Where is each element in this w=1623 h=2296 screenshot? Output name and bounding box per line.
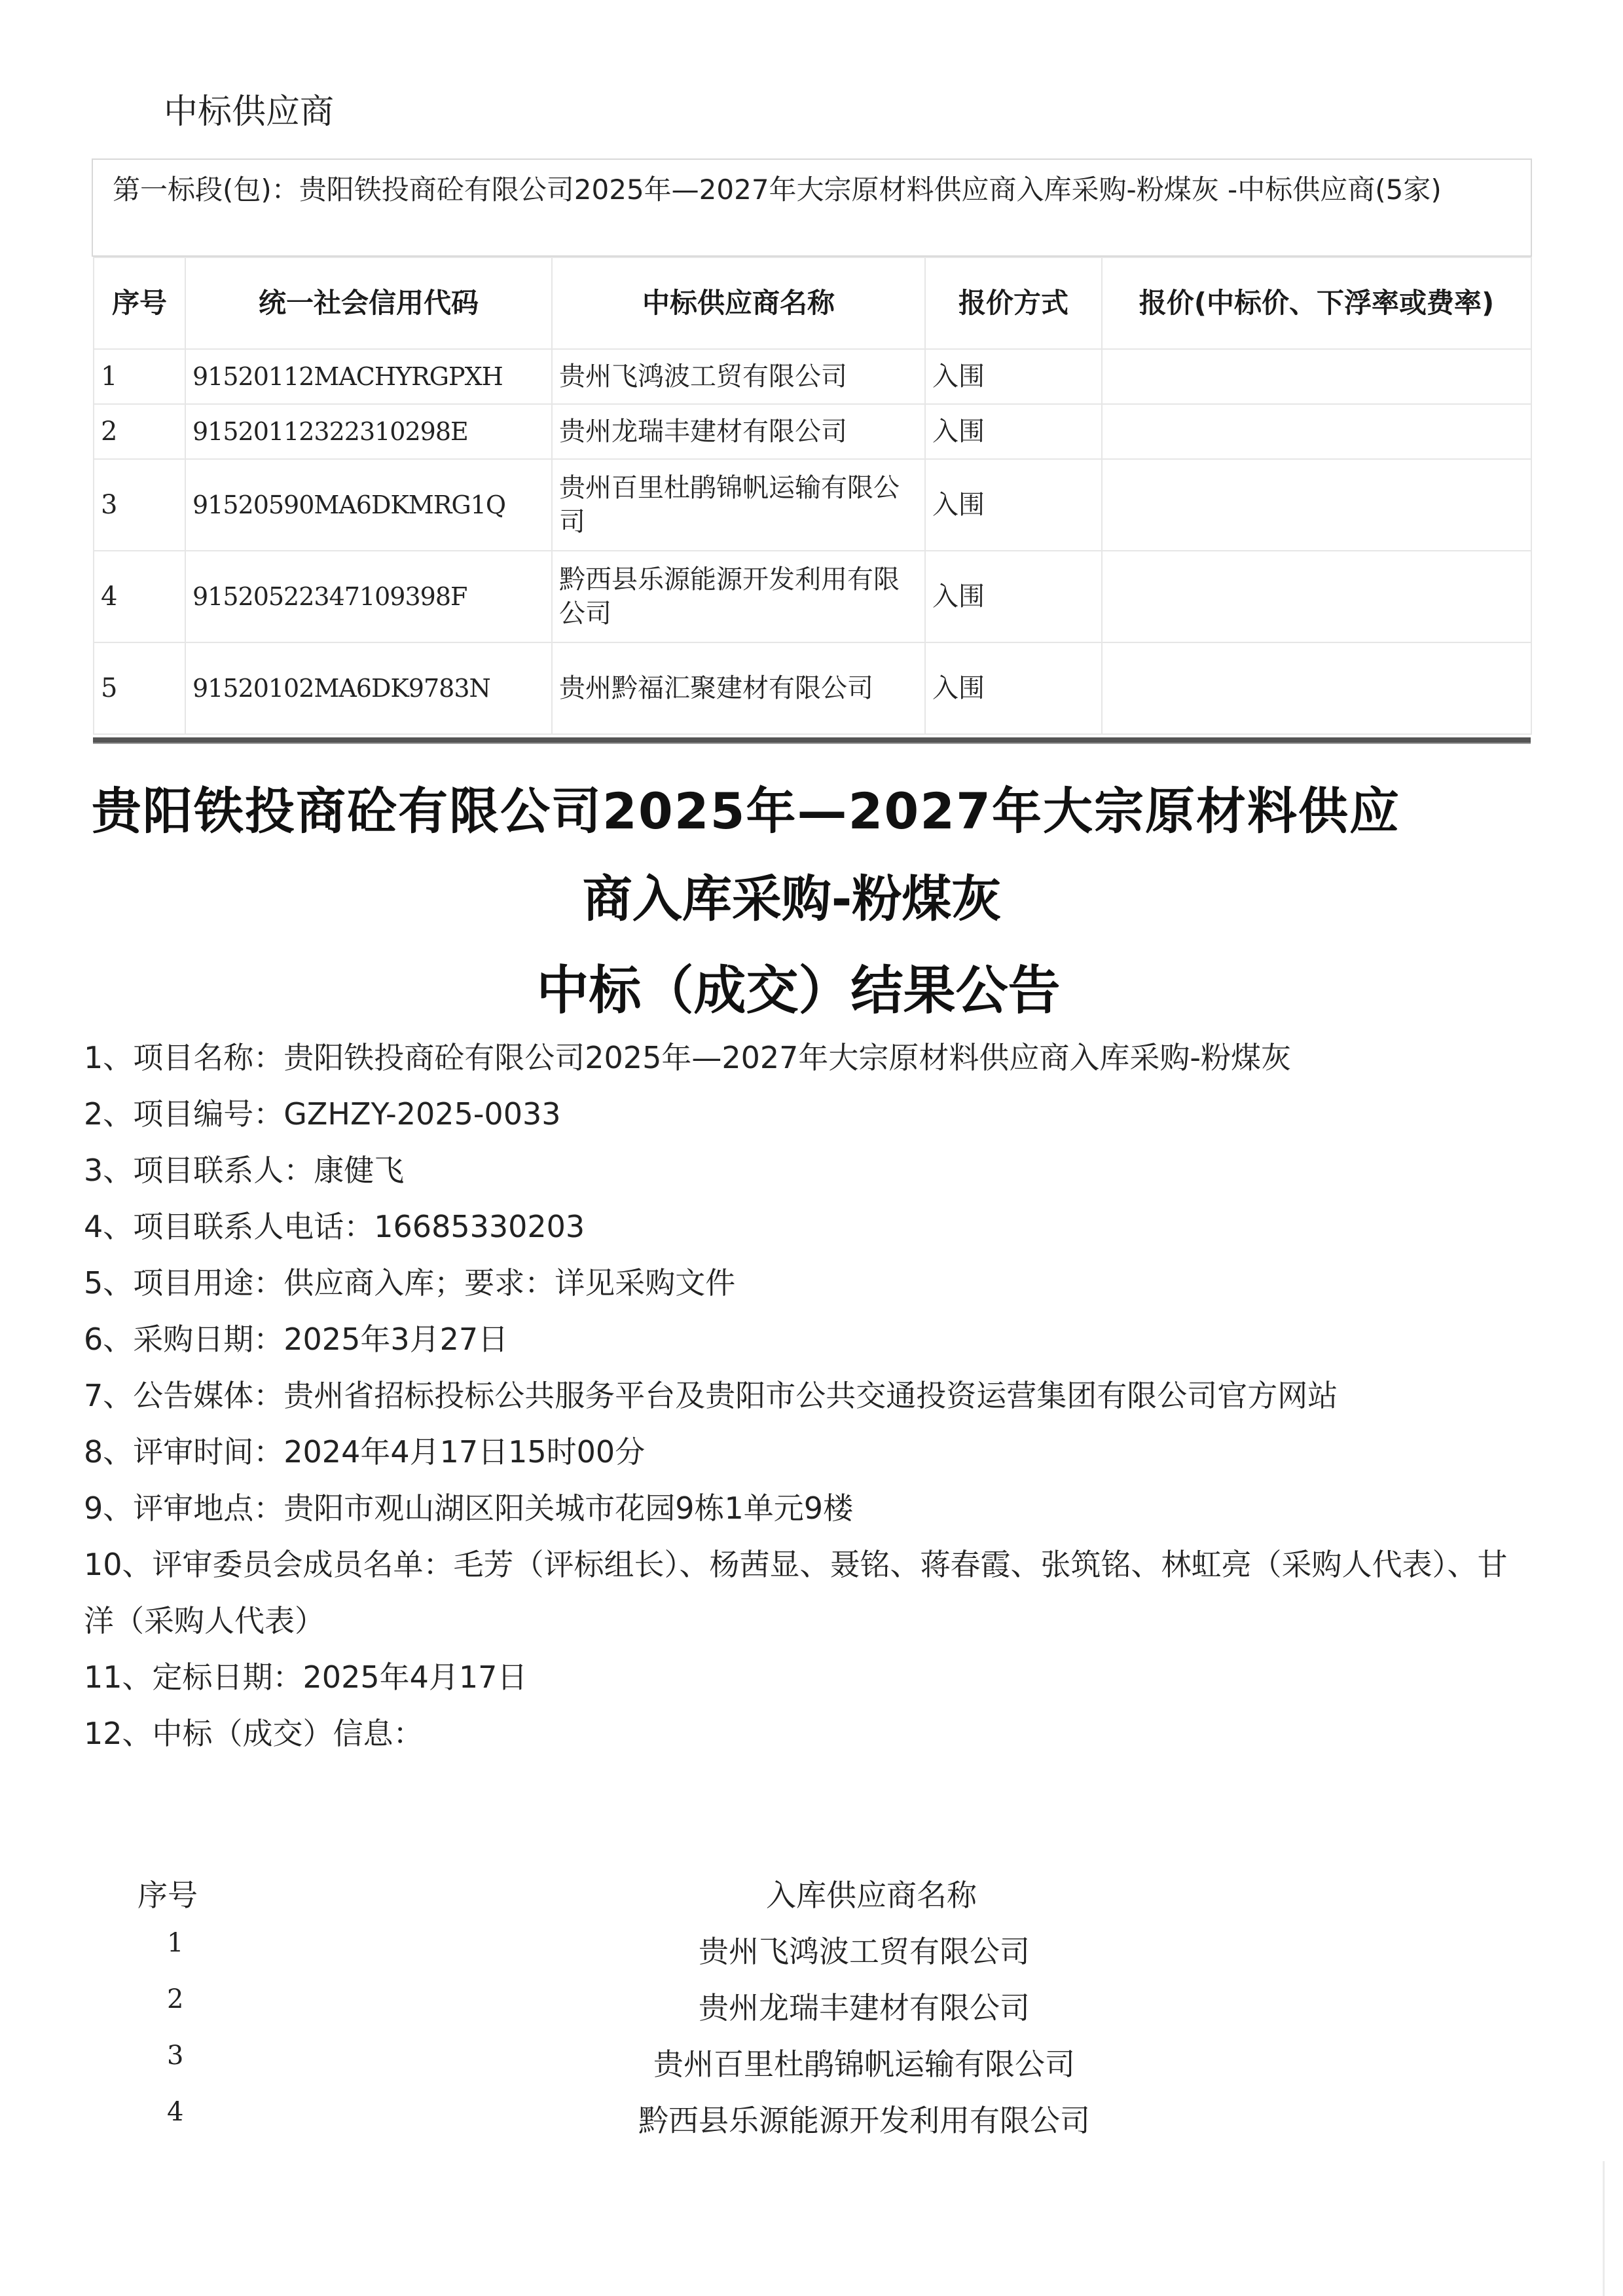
result-supplier-name: 贵州百里杜鹃锦帆运输有限公司: [393, 2041, 1336, 2084]
item-committee-members: 10、评审委员会成员名单：毛芳（评标组长）、杨茜显、聂铭、蒋春霞、张筑铭、林虹亮…: [84, 1536, 1537, 1649]
row-index: 1: [94, 349, 185, 404]
quote-value: [1102, 459, 1531, 551]
row-index: 2: [94, 404, 185, 459]
col-header-quote-method: 报价方式: [925, 257, 1102, 349]
supplier-name: 贵州百里杜鹃锦帆运输有限公司: [552, 459, 925, 551]
col-header-index: 序号: [94, 257, 185, 349]
item-award-info: 12、中标（成交）信息：: [84, 1705, 1537, 1762]
result-supplier-name: 贵州龙瑞丰建材有限公司: [393, 1984, 1336, 2028]
row-index: 3: [94, 459, 185, 551]
result-row: 1 贵州飞鸿波工贸有限公司: [0, 1928, 1623, 1984]
col-header-supplier-name: 中标供应商名称: [552, 257, 925, 349]
section-label: 中标供应商: [164, 84, 334, 133]
scan-edge-line: [1603, 2161, 1605, 2296]
credit-code: 91520522347109398F: [185, 551, 552, 642]
quote-method: 入围: [925, 551, 1102, 642]
quote-value: [1102, 349, 1531, 404]
col-header-credit-code: 统一社会信用代码: [185, 257, 552, 349]
item-procurement-date: 6、采购日期：2025年3月27日: [84, 1311, 1537, 1367]
quote-method: 入围: [925, 349, 1102, 404]
table-row: 1 91520112MACHYRGPXH 贵州飞鸿波工贸有限公司 入围: [94, 349, 1531, 404]
quote-value: [1102, 404, 1531, 459]
table-row: 2 91520112322310298E 贵州龙瑞丰建材有限公司 入围: [94, 404, 1531, 459]
item-review-time: 8、评审时间：2024年4月17日15时00分: [84, 1424, 1537, 1480]
section-divider: [93, 737, 1531, 744]
result-index: 4: [167, 2097, 183, 2127]
row-index: 4: [94, 551, 185, 642]
quote-value: [1102, 642, 1531, 734]
supplier-name: 黔西县乐源能源开发利用有限公司: [552, 551, 925, 642]
credit-code: 91520112322310298E: [185, 404, 552, 459]
result-row: 4 黔西县乐源能源开发利用有限公司: [0, 2097, 1623, 2153]
item-contact-phone: 4、项目联系人电话：16685330203: [84, 1198, 1537, 1255]
table-row: 4 91520522347109398F 黔西县乐源能源开发利用有限公司 入围: [94, 551, 1531, 642]
credit-code: 91520112MACHYRGPXH: [185, 349, 552, 404]
item-project-name: 1、项目名称：贵阳铁投商砼有限公司2025年—2027年大宗原材料供应商入库采购…: [84, 1029, 1537, 1086]
item-award-date: 11、定标日期：2025年4月17日: [84, 1649, 1537, 1705]
credit-code: 91520590MA6DKMRG1Q: [185, 459, 552, 551]
announcement-title-line3: 中标（成交）结果公告: [0, 948, 1610, 1024]
announcement-title-line2: 商入库采购-粉煤灰: [0, 859, 1603, 931]
result-index: 2: [167, 1984, 183, 2014]
lot-caption: 第一标段(包)：贵阳铁投商砼有限公司2025年—2027年大宗原材料供应商入库采…: [92, 158, 1532, 257]
table-header-row: 序号 统一社会信用代码 中标供应商名称 报价方式 报价(中标价、下浮率或费率): [94, 257, 1531, 349]
supplier-name: 贵州黔福汇聚建材有限公司: [552, 642, 925, 734]
item-contact-person: 3、项目联系人：康健飞: [84, 1142, 1537, 1198]
supplier-table: 序号 统一社会信用代码 中标供应商名称 报价方式 报价(中标价、下浮率或费率) …: [93, 257, 1532, 735]
result-row: 2 贵州龙瑞丰建材有限公司: [0, 1984, 1623, 2041]
item-project-number: 2、项目编号：GZHZY-2025-0033: [84, 1086, 1537, 1142]
result-index: 3: [167, 2041, 183, 2071]
announcement-title-line1: 贵阳铁投商砼有限公司2025年—2027年大宗原材料供应: [92, 771, 1532, 843]
result-header-index: 序号: [137, 1872, 198, 1915]
quote-method: 入围: [925, 404, 1102, 459]
supplier-name: 贵州飞鸿波工贸有限公司: [552, 349, 925, 404]
table-row: 3 91520590MA6DKMRG1Q 贵州百里杜鹃锦帆运输有限公司 入围: [94, 459, 1531, 551]
table-row: 5 91520102MA6DK9783N 贵州黔福汇聚建材有限公司 入围: [94, 642, 1531, 734]
item-project-purpose: 5、项目用途：供应商入库；要求：详见采购文件: [84, 1255, 1537, 1311]
result-supplier-name: 贵州飞鸿波工贸有限公司: [393, 1928, 1336, 1971]
result-index: 1: [167, 1928, 183, 1958]
result-supplier-name: 黔西县乐源能源开发利用有限公司: [393, 2097, 1336, 2140]
row-index: 5: [94, 642, 185, 734]
quote-value: [1102, 551, 1531, 642]
credit-code: 91520102MA6DK9783N: [185, 642, 552, 734]
item-review-location: 9、评审地点：贵阳市观山湖区阳关城市花园9栋1单元9楼: [84, 1480, 1537, 1536]
result-header-name: 入库供应商名称: [766, 1872, 977, 1915]
item-announcement-media: 7、公告媒体：贵州省招标投标公共服务平台及贵阳市公共交通投资运营集团有限公司官方…: [84, 1367, 1537, 1424]
result-row: 3 贵州百里杜鹃锦帆运输有限公司: [0, 2041, 1623, 2097]
document-page: 中标供应商 第一标段(包)：贵阳铁投商砼有限公司2025年—2027年大宗原材料…: [0, 0, 1623, 2296]
col-header-quote: 报价(中标价、下浮率或费率): [1102, 257, 1531, 349]
announcement-items: 1、项目名称：贵阳铁投商砼有限公司2025年—2027年大宗原材料供应商入库采购…: [84, 1029, 1537, 1762]
quote-method: 入围: [925, 642, 1102, 734]
quote-method: 入围: [925, 459, 1102, 551]
supplier-name: 贵州龙瑞丰建材有限公司: [552, 404, 925, 459]
